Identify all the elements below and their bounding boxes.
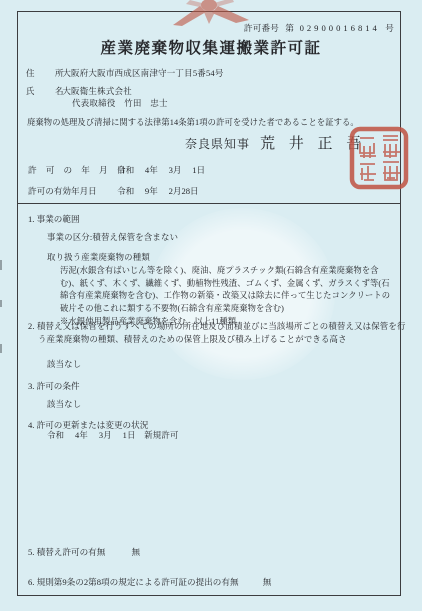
permit-date-label: 許 可 の 年 月 日 bbox=[28, 165, 129, 175]
partial-red-crest-stamp-icon bbox=[170, 0, 252, 28]
permit-date-row: 許 可 の 年 月 日 令和 4年 3月 1日 bbox=[28, 164, 129, 176]
waste-types-line: む)、紙くず、木くず、繊維くず、動植物性残渣、ゴムくず、金属くず、ガラスくず等(… bbox=[60, 278, 390, 291]
permit-number-prefix: 第 bbox=[285, 23, 294, 33]
section2-heading-line2: う産業廃棄物の種類、積替えのための保管上限及び積み上げることができる高さ bbox=[38, 335, 347, 345]
permit-number-suffix: 号 bbox=[385, 23, 394, 33]
permit-number-row: 許可番号 第 02900016814 号 bbox=[244, 23, 394, 33]
company-name: 大阪衛生株式会社 bbox=[62, 86, 132, 96]
name-row: 氏 名 大阪衛生株式会社 bbox=[26, 86, 132, 96]
section2-value: 該当なし bbox=[47, 360, 81, 370]
issuer-title: 奈良県知事 bbox=[185, 135, 250, 152]
scan-artifact bbox=[0, 300, 2, 307]
issuer-row: 奈良県知事 荒 井 正 吾 bbox=[185, 132, 366, 153]
expiry-date-row: 許可の有効年月日 令和 9年 2月28日 bbox=[28, 185, 97, 197]
section-divider-line bbox=[17, 203, 401, 204]
representative-name: 代表取締役 竹田 忠士 bbox=[72, 98, 168, 108]
address-value: 大阪府大阪市西成区南津守一丁目5番54号 bbox=[62, 68, 223, 78]
section1-business-category: 事業の区分:積替え保管を含まない bbox=[47, 233, 178, 243]
section1-waste-types-list: 汚泥(水銀含有ばいじん等を除く)、廃油、廃プラスチック類(石綿含有産業廃棄物を含… bbox=[60, 265, 390, 329]
section1-waste-types-heading: 取り扱う産業廃棄物の種類 bbox=[47, 253, 150, 263]
expiry-date-label: 許可の有効年月日 bbox=[28, 186, 97, 196]
waste-types-line: 綿含有産業廃棄物を含む)、工作物の新築・改築又は除去に伴って生じたコンクリートの bbox=[60, 290, 390, 303]
waste-types-line: 破片その他これに類する不要物(石綿含有産業廃棄物を含む) bbox=[60, 303, 390, 316]
expiry-date-value: 令和 9年 2月28日 bbox=[117, 185, 199, 197]
section2-heading-line1: 2. 積替え又は保管を行うすべての場所の所在地及び面積並びに当該場所ごとの積替え… bbox=[28, 322, 406, 332]
section4-heading: 4. 許可の更新または変更の状況 bbox=[28, 419, 148, 431]
address-row: 住 所 大阪府大阪市西成区南津守一丁目5番54号 bbox=[26, 68, 224, 78]
section6-row: 6. 規則第9条の2第8項の規定による許可証の提出の有無 無 bbox=[28, 576, 271, 588]
section5-value: 無 bbox=[132, 547, 141, 557]
governor-red-square-seal-icon bbox=[349, 126, 409, 190]
section6-label: 6. 規則第9条の2第8項の規定による許可証の提出の有無 bbox=[28, 577, 239, 587]
name-label: 氏 名 bbox=[26, 86, 56, 96]
waste-types-line: 汚泥(水銀含有ばいじん等を除く)、廃油、廃プラスチック類(石綿含有産業廃棄物を含 bbox=[60, 265, 390, 278]
permit-number-value: 02900016814 bbox=[300, 23, 380, 33]
section3-heading: 3. 許可の条件 bbox=[28, 380, 80, 392]
section4-value: 令和 4年 3月 1日 新規許可 bbox=[47, 431, 179, 441]
section5-row: 5. 積替え許可の有無 無 bbox=[28, 546, 140, 558]
permit-date-value: 令和 4年 3月 1日 bbox=[117, 164, 205, 176]
permit-certificate-page: 許可番号 第 02900016814 号 産業廃棄物収集運搬業許可証 住 所 大… bbox=[0, 0, 422, 611]
section3-value: 該当なし bbox=[47, 400, 81, 410]
section1-heading: 1. 事業の範囲 bbox=[28, 213, 80, 225]
section5-label: 5. 積替え許可の有無 bbox=[28, 547, 105, 557]
address-label: 住 所 bbox=[26, 68, 56, 78]
scan-artifact bbox=[0, 260, 2, 270]
document-title: 産業廃棄物収集運搬業許可証 bbox=[0, 36, 422, 58]
certification-statement: 廃棄物の処理及び清掃に関する法律第14条第1項の許可を受けた者であることを証する… bbox=[27, 116, 359, 128]
section6-value: 無 bbox=[263, 577, 272, 587]
scan-artifact bbox=[0, 344, 2, 353]
